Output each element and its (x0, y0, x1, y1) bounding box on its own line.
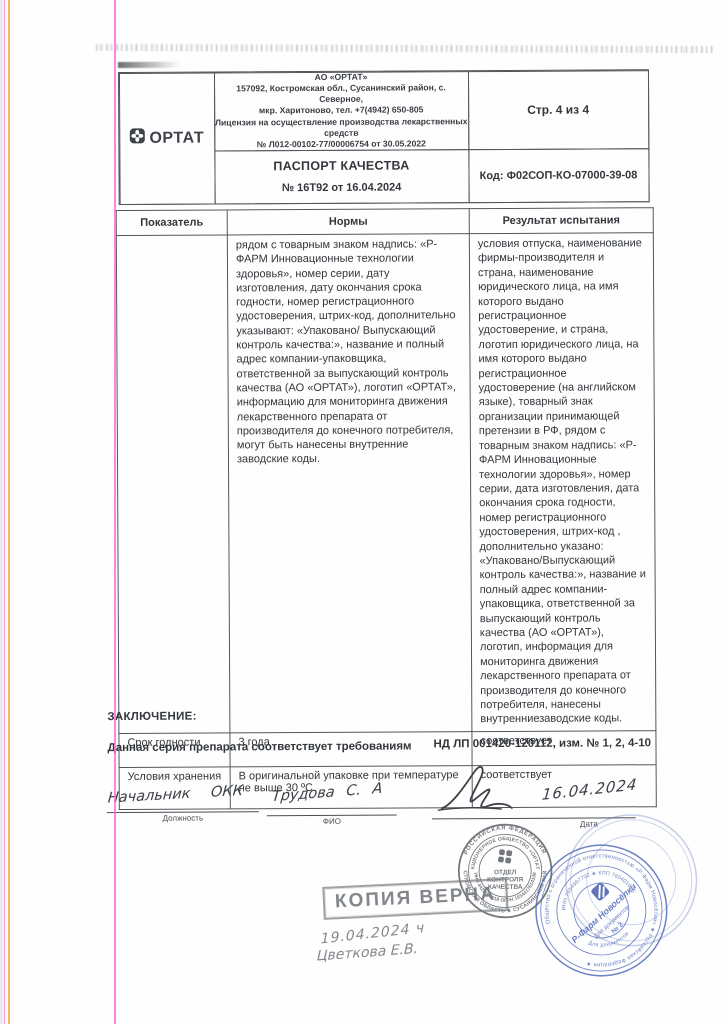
name-label: ФИО (267, 817, 397, 827)
scanner-magenta-streak (114, 0, 116, 1024)
document-title: ПАСПОРТ КАЧЕСТВА (273, 158, 409, 173)
blue-stamp-inner-bottom-text: Для документов (586, 930, 632, 953)
conclusion-statement: Данная серия препарата соответствует тре… (107, 740, 411, 754)
col-header-norm: Нормы (227, 209, 469, 235)
col-header-indicator: Показатель (116, 210, 227, 236)
spec-table: Показатель Нормы Результат испытания ряд… (116, 207, 657, 810)
document-number: № 16Т92 от 16.04.2024 (282, 182, 402, 195)
company-logo: ОРТАТ (118, 72, 215, 205)
header-table: ОРТАТ АО «ОРТАТ» 157092, Костромская обл… (118, 69, 650, 205)
company-address-1: 157092, Костромская обл., Сусанинский ра… (215, 82, 468, 106)
scan-edge-orange-line (8, 0, 10, 1024)
cell-norm-labeling: рядом с товарным знаком надпись: «Р-ФАРМ… (227, 234, 472, 733)
page-number-cell: Стр. 4 из 4 (467, 70, 648, 150)
col-header-result: Результат испытания (469, 208, 653, 234)
svg-text:Для документов: Для документов (586, 930, 632, 953)
company-name: АО «ОРТАТ» (315, 72, 368, 83)
table-row-labeling: рядом с товарным знаком надпись: «Р-ФАРМ… (116, 233, 656, 734)
logo-text: ОРТАТ (149, 129, 204, 147)
scanned-quality-passport-page: ОРТАТ АО «ОРТАТ» 157092, Костромская обл… (0, 0, 724, 1024)
position-label: Должность (107, 813, 259, 823)
nd-reference: НД ЛП 001420-120112, изм. № 1, 2, 4-10 (433, 737, 651, 750)
scan-edge-pink-line (4, 0, 5, 1024)
company-address-2: мкр. Харитоново, тел. +7(4942) 650-805 (259, 105, 424, 117)
code-cell: Код: Ф02СОП-КО-07000-39-08 (468, 148, 649, 203)
qc-stamp-flower-icon (498, 849, 513, 864)
signature-scribble (436, 764, 516, 821)
company-info-cell: АО «ОРТАТ» 157092, Костромская обл., Сус… (213, 71, 468, 151)
cell-result-labeling: условия отпуска, наименование фирмы-прои… (469, 233, 656, 732)
spec-table-header-row: Показатель Нормы Результат испытания (116, 208, 653, 236)
qc-stamp-center-1: ОТДЕЛ (494, 869, 517, 876)
ortat-flower-icon (129, 128, 145, 149)
document-code: Код: Ф02СОП-КО-07000-39-08 (480, 169, 638, 182)
license-line-2: средств (324, 128, 358, 139)
license-line-1: Лицензия на осуществление производства л… (215, 116, 468, 128)
document-content: ОРТАТ АО «ОРТАТ» 157092, Костромская обл… (0, 0, 724, 1024)
passport-title-cell: ПАСПОРТ КАЧЕСТВА № 16Т92 от 16.04.2024 (214, 149, 469, 204)
page-label: Стр. 4 из 4 (527, 103, 589, 117)
conclusion-heading: ЗАКЛЮЧЕНИЕ: (107, 711, 196, 723)
cell-indicator-empty (116, 235, 230, 733)
scan-smudge (118, 62, 180, 68)
